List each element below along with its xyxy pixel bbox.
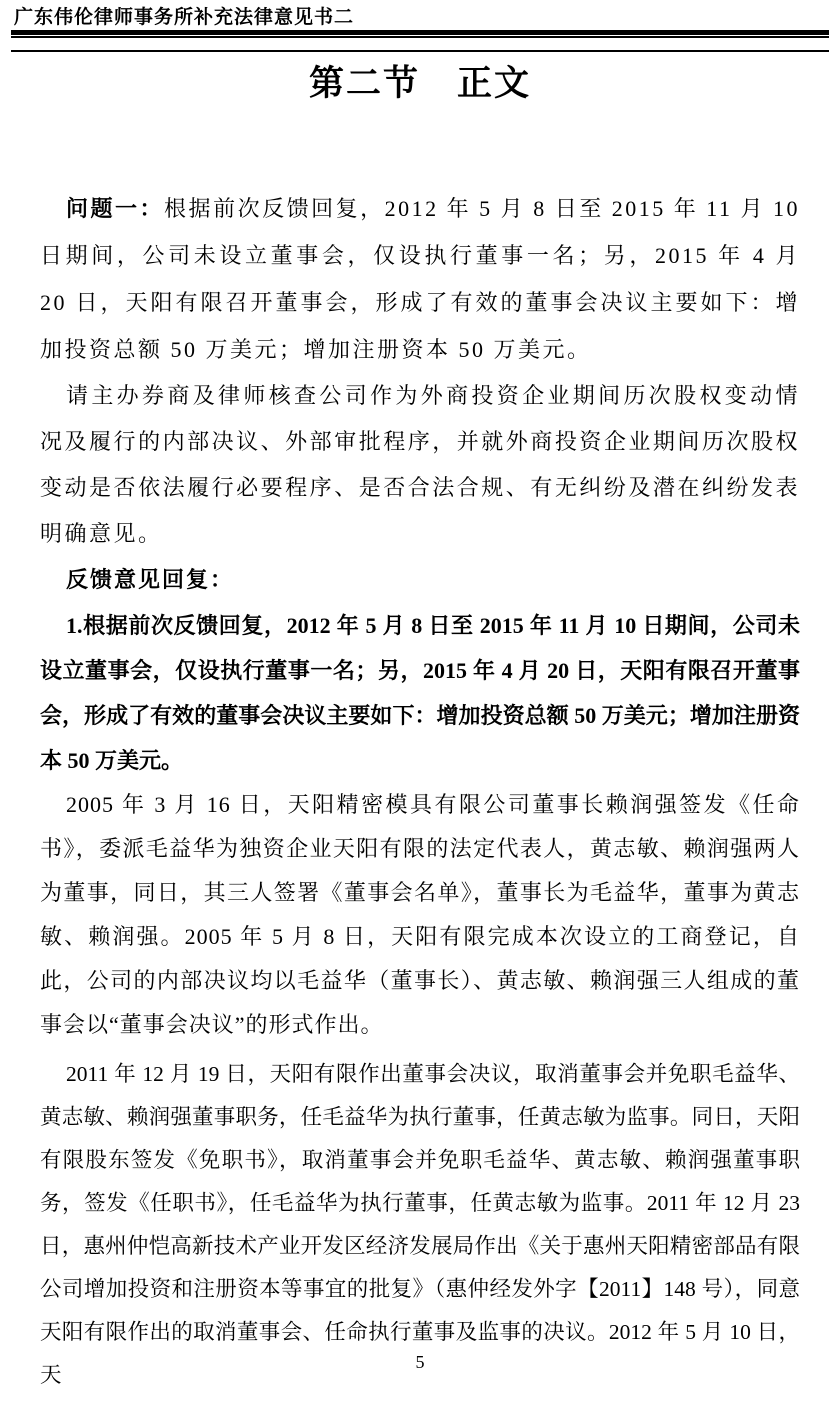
question-one-label: 问题一： <box>66 196 164 221</box>
paragraph-2011-history: 2011 年 12 月 19 日，天阳有限作出董事会决议，取消董事会并免职毛益华… <box>40 1053 800 1397</box>
section-title: 第二节 正文 <box>0 61 840 107</box>
reply-heading: 反馈意见回复： <box>40 557 800 603</box>
paragraph-verification-request: 请主办券商及律师核查公司作为外商投资企业期间历次股权变动情况及履行的内部决议、外… <box>40 373 800 557</box>
header-thick-thin-border <box>11 30 829 38</box>
document-body: 问题一：根据前次反馈回复，2012 年 5 月 8 日至 2015 年 11 月… <box>0 185 840 1397</box>
paragraph-2005-history: 2005 年 3 月 16 日，天阳精密模具有限公司董事长赖润强签发《任命书》，… <box>40 783 800 1047</box>
page-number: 5 <box>0 1350 840 1374</box>
paragraph-reply-restatement: 1.根据前次反馈回复，2012 年 5 月 8 日至 2015 年 11 月 1… <box>40 603 800 783</box>
paragraph-question-one: 问题一：根据前次反馈回复，2012 年 5 月 8 日至 2015 年 11 月… <box>40 185 800 373</box>
header-thin-rule <box>11 50 829 52</box>
document-page: 广东伟伦律师事务所补充法律意见书二 第二节 正文 问题一：根据前次反馈回复，20… <box>0 0 840 1406</box>
header-title: 广东伟伦律师事务所补充法律意见书二 <box>14 6 840 30</box>
running-header: 广东伟伦律师事务所补充法律意见书二 <box>0 0 840 52</box>
